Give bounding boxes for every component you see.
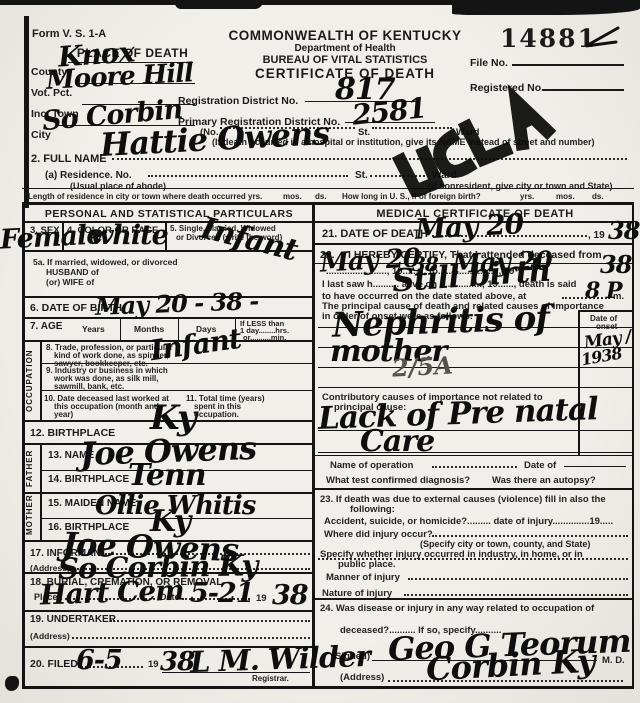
father-bp-label: 14. BIRTHPLACE [48, 474, 129, 485]
date-of-death-year: 38 [608, 216, 639, 245]
father-bp-value: Tenn [128, 458, 206, 493]
r23-line5: (Specify city or town, county, and State… [420, 539, 590, 549]
death-time-value: 8 P [585, 278, 622, 304]
length-yrs: yrs. [248, 192, 262, 201]
autopsy-label: Was there an autopsy? [492, 475, 596, 486]
rule [315, 488, 634, 490]
father-side-label: FATHER [25, 447, 34, 489]
length-ds: ds. [315, 192, 327, 201]
operation-label: Name of operation [330, 460, 413, 471]
vot-pct-value: Moore Hill [45, 58, 193, 96]
pencil-note: 2/5A [391, 350, 453, 382]
residence-line [148, 175, 348, 177]
r23-line2: following: [350, 504, 395, 515]
age-years-label: Years [82, 324, 105, 334]
nature-line [404, 594, 628, 596]
date-of-death-year-prefix: , 19 [588, 230, 605, 241]
r23-line7: public place. [338, 559, 396, 570]
burial-date-value: 5-21 [190, 578, 254, 609]
registration-district-label: Registration District No. [178, 95, 298, 107]
onset-box-left [578, 310, 580, 455]
table-border-top [22, 202, 634, 205]
filed-year-prefix: 19 [148, 659, 159, 670]
operation-date-label: Date of [524, 460, 556, 471]
r11-line3: occupation. [194, 410, 239, 419]
department-subtitle: Department of Health [205, 43, 485, 54]
undertaker-addr-line [72, 637, 310, 639]
r5a-line1: 5a. If married, widowed, or divorced [33, 257, 178, 267]
attended-to-year: 38 [600, 250, 631, 279]
test-label: What test confirmed diagnosis? [326, 475, 470, 486]
rule [40, 340, 42, 420]
r5a-line2: HUSBAND of [46, 267, 99, 277]
burial-place-value: Hart Cem [39, 574, 184, 612]
full-name-label: 2. FULL NAME [31, 153, 107, 165]
commonwealth-title: COMMONWEALTH OF KENTUCKY [205, 28, 485, 43]
r10-line3: year) [54, 410, 73, 419]
scan-blob-top-right [452, 0, 640, 15]
scan-edge-left-bar [24, 16, 29, 208]
rule [318, 387, 634, 388]
date-of-death-label: 21. DATE OF DEATH [322, 228, 428, 240]
table-border-left [22, 202, 25, 689]
r23-line4: Where did injury occur? [324, 529, 433, 540]
manner-line [408, 578, 628, 580]
rule [120, 317, 121, 340]
foreign-ds: ds. [592, 192, 604, 201]
occupation-side-label: OCCUPATION [25, 345, 34, 417]
bureau-subtitle: BUREAU OF VITAL STATISTICS [205, 54, 485, 66]
mother-side-label: MOTHER [25, 494, 34, 536]
pen-checkmark-icon [572, 26, 624, 50]
rule [315, 243, 634, 245]
column-divider [312, 202, 315, 689]
filed-label: 20. FILED [30, 658, 78, 670]
residence-st-label: St. [355, 170, 368, 181]
ink-blot-bottom-left [5, 676, 19, 691]
abode-note: (Usual place of abode) [70, 181, 166, 191]
undertaker-label: 19. UNDERTAKER [30, 614, 116, 625]
filed-date-value: 6-5 [76, 645, 122, 676]
age-label: 7. AGE [30, 321, 62, 332]
file-no-label: File No. [470, 57, 508, 69]
death-certificate-scan: Form V. S. 1-A 1. PLACE OF DEATH County … [0, 0, 640, 703]
operation-date-line [564, 466, 626, 467]
file-no-line [512, 64, 624, 66]
undertaker-addr-label: (Address) [30, 631, 70, 641]
r23-line3: Accident, suicide, or homicide?.........… [324, 516, 613, 527]
undertaker-line [110, 620, 310, 622]
nature-label: Nature of injury [322, 588, 392, 599]
length-residence-label: Length of residence in city or town wher… [28, 192, 246, 201]
burial-year-prefix: 19 [256, 593, 267, 604]
sex-value: Female [0, 219, 103, 255]
registrar-signature: L M. Wilder [189, 639, 370, 679]
race-value: white [90, 220, 168, 251]
r5a-line3: (or) WIFE of [46, 277, 94, 287]
dob-value: May 20 - 38 - [95, 286, 259, 321]
rule [40, 443, 42, 540]
date-of-death-value: May 20 [414, 207, 524, 246]
age-less-3: or..........min. [243, 333, 286, 342]
r24-line1: 24. Was disease or injury in any way rel… [320, 603, 594, 614]
r9-line3: sawmill, bank, etc. [54, 382, 124, 391]
ink-stamp-icon [378, 82, 593, 197]
personal-header: PERSONAL AND STATISTICAL PARTICULARS [25, 208, 313, 220]
scan-blob-top-left [175, 0, 263, 9]
injury-where-line [432, 535, 628, 537]
residence-label: (a) Residence. No. [45, 170, 132, 181]
table-border-bottom [22, 686, 634, 689]
burial-year-value: 38 [272, 580, 308, 611]
operation-line [432, 466, 517, 468]
manner-label: Manner of injury [326, 572, 400, 583]
length-mos: mos. [283, 192, 302, 201]
table-border-right [632, 202, 634, 689]
